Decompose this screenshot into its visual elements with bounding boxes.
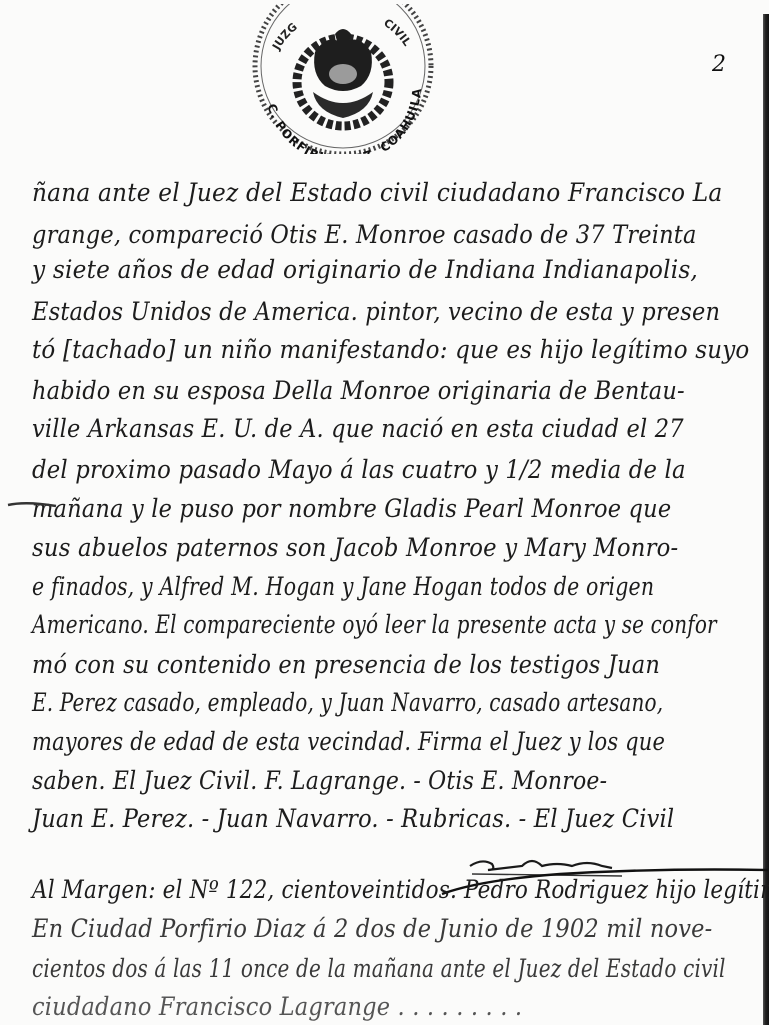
- body-line-5: tó [tachado] un niño manifestando: que e…: [32, 335, 704, 365]
- body-line-12: Americano. El compareciente oyó leer la …: [32, 610, 616, 640]
- margin-entry-line-3: cientos dos á las 11 once de la mañana a…: [32, 954, 616, 984]
- margin-entry-line-2: En Ciudad Porfirio Diaz á 2 dos de Junio…: [32, 914, 689, 944]
- body-line-11: e finados, y Alfred M. Hogan y Jane Hoga…: [32, 572, 631, 602]
- page-number: 2: [712, 52, 726, 77]
- body-line-16: saben. El Juez Civil. F. Lagrange. - Oti…: [32, 766, 674, 796]
- body-line-15: mayores de edad de esta vecindad. Firma …: [32, 727, 645, 757]
- civil-registry-seal: JUZG CIVIL C. PORFIRIO DIAZ, COAHUILA: [243, 4, 439, 154]
- body-line-7: ville Arkansas E. U. de A. que nació en …: [32, 414, 689, 444]
- margin-entry-line-1: Al Margen: el Nº 122, cientoveintidos. P…: [32, 875, 660, 905]
- body-line-3: y siete años de edad originario de India…: [32, 255, 711, 285]
- body-line-1: ñana ante el Juez del Estado civil ciuda…: [32, 178, 711, 208]
- body-line-10: sus abuelos paternos son Jacob Monroe y …: [32, 533, 696, 563]
- body-line-17: Juan E. Perez. - Juan Navarro. - Rubrica…: [32, 804, 689, 834]
- margin-scribble: [6, 496, 58, 510]
- svg-text:JUZG: JUZG: [269, 20, 300, 53]
- svg-text:CIVIL: CIVIL: [381, 16, 413, 48]
- body-line-13: mó con su contenido en presencia de los …: [32, 650, 689, 680]
- body-line-2: grange, compareció Otis E. Monroe casado…: [32, 220, 689, 250]
- body-line-14: E. Perez casado, empleado, y Juan Navarr…: [32, 688, 616, 718]
- margin-entry-line-4: ciudadano Francisco Lagrange . . . . . .…: [32, 992, 689, 1022]
- seal-emblem-icon: JUZG CIVIL C. PORFIRIO DIAZ, COAHUILA: [243, 4, 439, 154]
- svg-text:F. Lagrange: F. Lagrange: [462, 840, 468, 841]
- body-line-9: mañana y le puso por nombre Gladis Pearl…: [32, 494, 689, 524]
- body-line-6: habido en su esposa Della Monroe origina…: [32, 376, 689, 406]
- svg-text:C. PORFIRIO DIAZ, COAHUILA: C. PORFIRIO DIAZ, COAHUILA: [264, 87, 424, 154]
- body-line-4: Estados Unidos de America. pintor, vecin…: [32, 297, 689, 327]
- document-page: JUZG CIVIL C. PORFIRIO DIAZ, COAHUILA 2 …: [0, 0, 769, 1025]
- body-line-8: del proximo pasado Mayo á las cuatro y 1…: [32, 455, 696, 485]
